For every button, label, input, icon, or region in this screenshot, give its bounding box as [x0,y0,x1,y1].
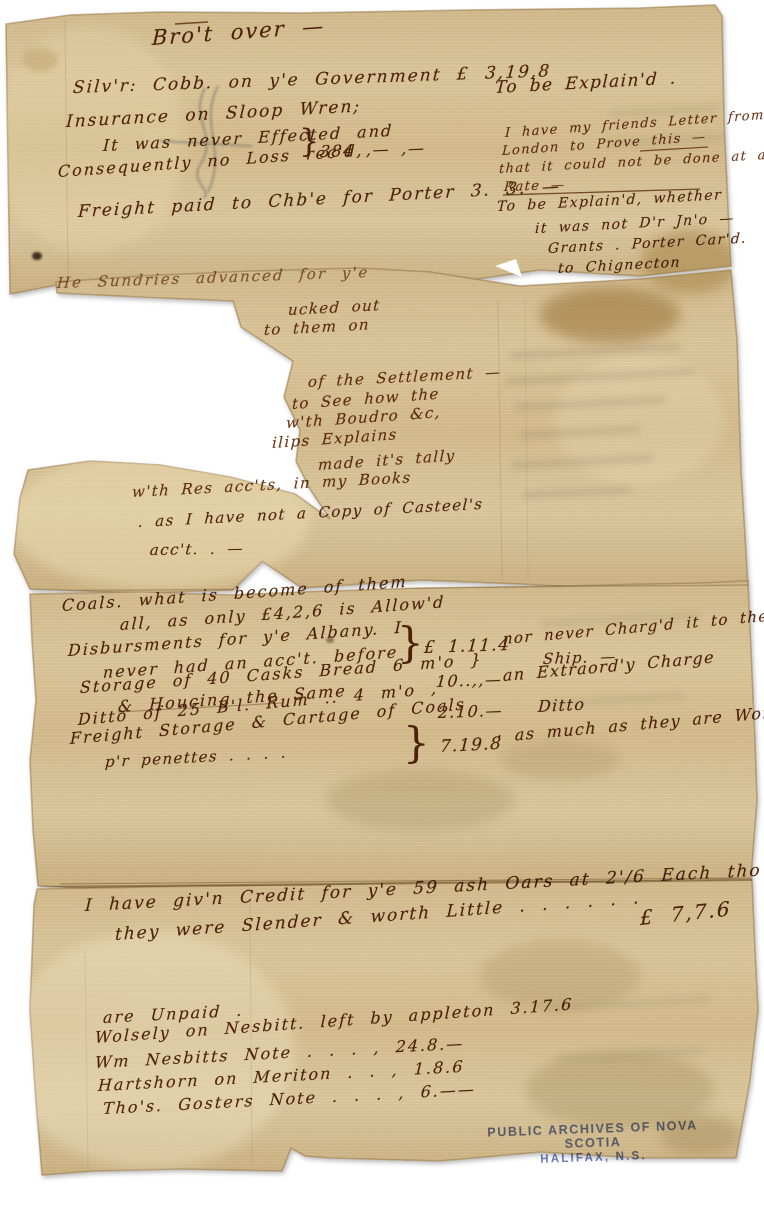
manuscript-line: Ditto [538,694,586,716]
manuscript-line: p'r penettes . . . . [105,743,288,771]
manuscript-line: to Chignecton [558,255,682,278]
manuscript-line: He Sundries advanced for y'e [56,263,370,292]
manuscript-line: acc't. . — [149,539,245,559]
amount: 10..,,— [435,670,503,691]
manuscript-line: w'th Res acc'ts, in my Books [132,468,413,501]
heading-brought-over: Bro't over — [152,14,326,50]
manuscript-line: nor never Charg'd it to the [503,607,764,648]
amount: 7.19.8 [439,734,502,757]
scanned-document: Bro't over — Silv'r: Cobb. on y'e Govern… [0,0,764,1209]
manuscript-text: Bro't over — Silv'r: Cobb. on y'e Govern… [0,0,764,1209]
manuscript-line: . as I have not a Copy of Casteel's [138,495,484,531]
manuscript-line: Silv'r: Cobb. on y'e Government £ 3,19,8 [72,61,552,98]
curly-brace: } [403,718,430,767]
manuscript-line: to them on [264,315,371,339]
amount: £ 7,7.6 [640,896,731,930]
manuscript-line: Freight paid to Chb'e for Porter 3. 3. — [77,177,561,222]
